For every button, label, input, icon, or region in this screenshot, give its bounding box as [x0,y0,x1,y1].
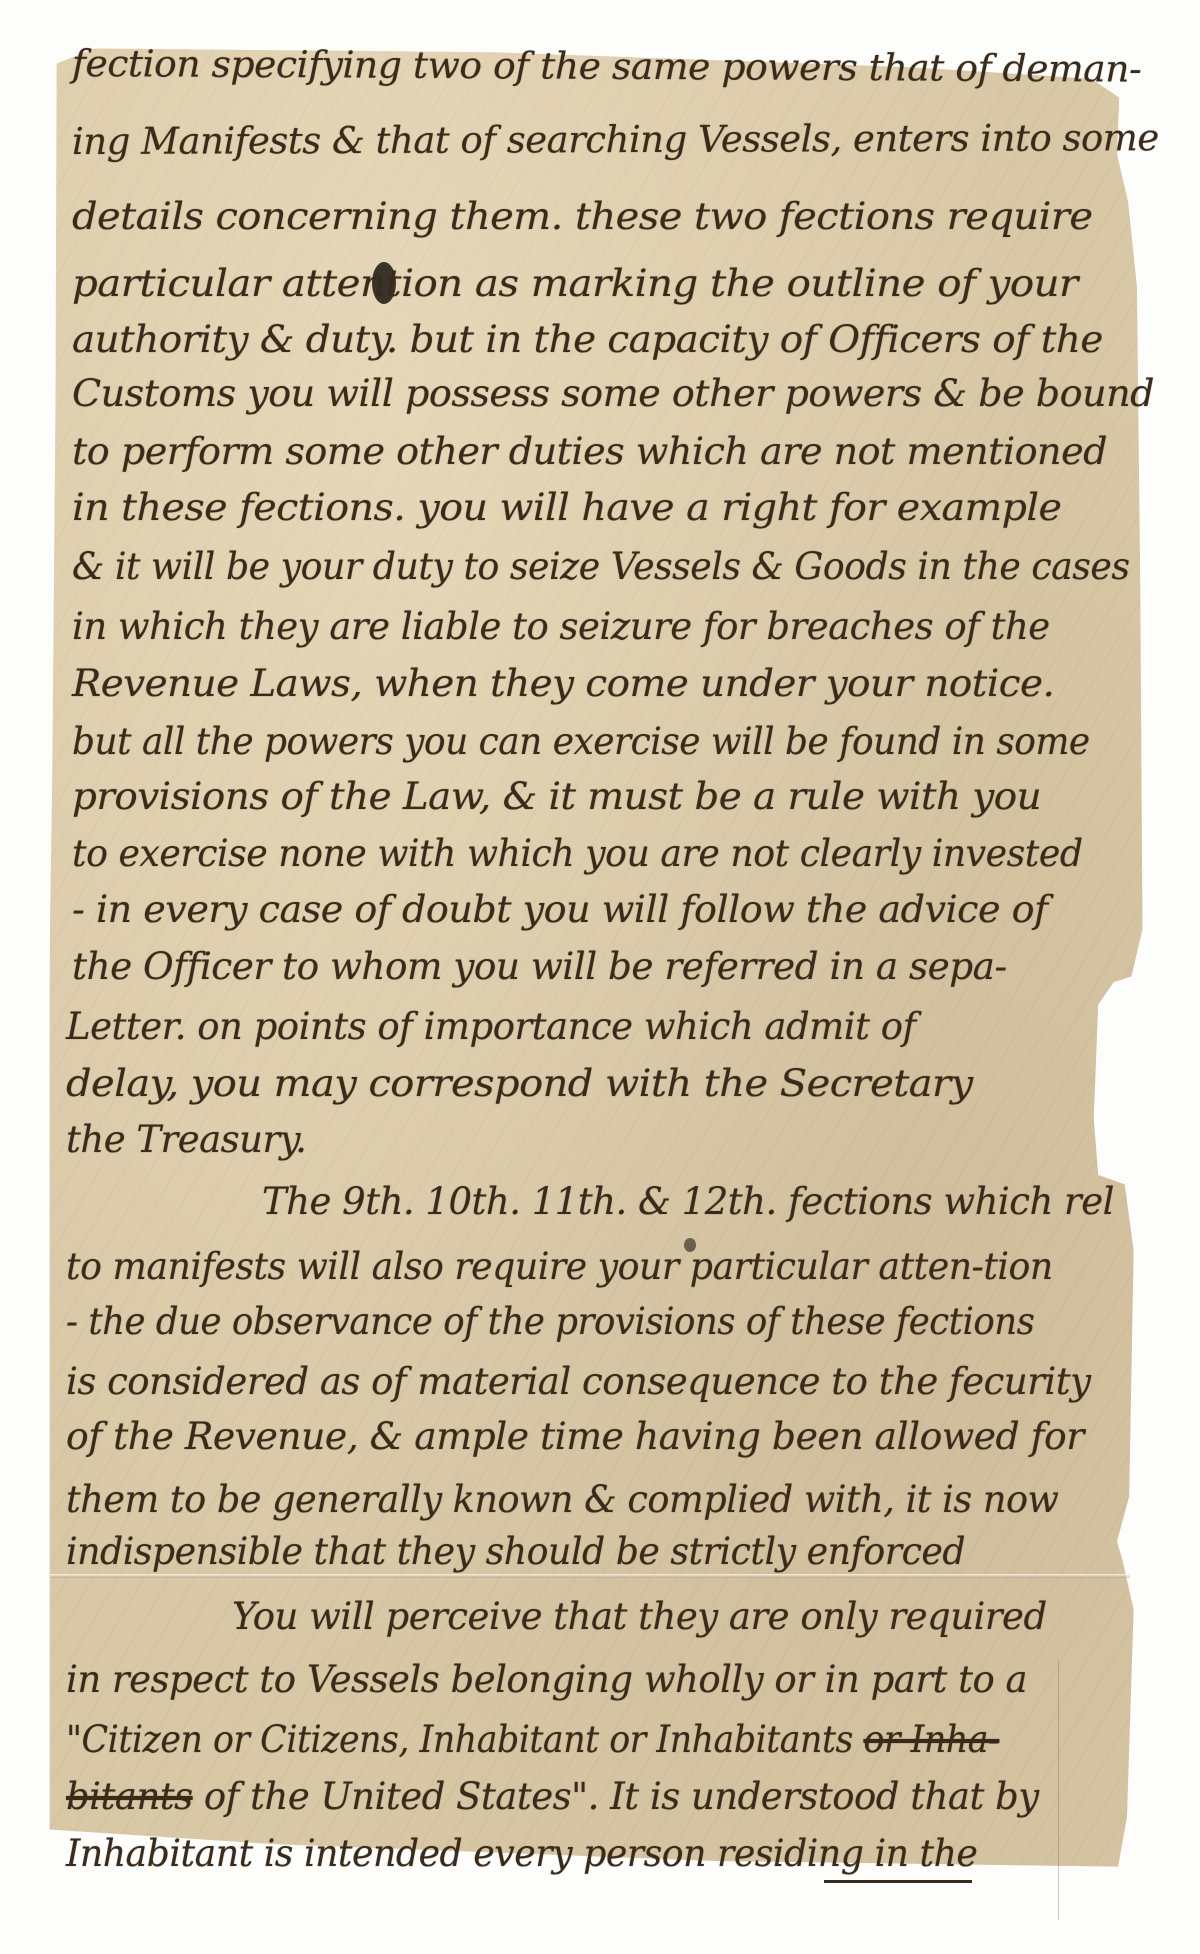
text-line: in respect to Vessels belonging wholly o… [66,1658,1027,1701]
text-line: indispensible that they should be strict… [66,1530,965,1573]
text-line: particular attention as marking the outl… [72,262,1078,305]
text-line: "Citizen or Citizens, Inhabitant or Inha… [66,1718,999,1761]
text-line: provisions of the Law, & it must be a ru… [72,775,1041,818]
text-line: details concerning them. these two fecti… [72,195,1092,238]
struck-out-text: bitants [66,1775,193,1818]
text-fragment: "Citizen or Citizens, Inhabitant or Inha… [66,1718,853,1761]
text-line: & it will be your duty to seize Vessels … [72,545,1129,588]
text-line: bitants of the United States". It is und… [66,1775,1039,1818]
text-line: the Officer to whom you will be referred… [72,945,1007,988]
text-line: - the due observance of the provisions o… [66,1300,1034,1343]
underline-residing [824,1880,972,1883]
paper-fold-crease [50,1574,1130,1578]
text-line: the Treasury. [66,1118,306,1161]
text-line: but all the powers you can exercise will… [72,720,1090,763]
text-line: Customs you will possess some other powe… [72,372,1154,415]
text-line: to manifests will also require your part… [66,1245,1053,1288]
text-fragment: of the United States". It is understood … [204,1775,1039,1818]
text-line: is considered as of material consequence… [66,1360,1091,1403]
struck-out-text: or Inha- [863,1718,999,1761]
margin-rule-line [1058,1660,1059,1920]
text-line: delay, you may correspond with the Secre… [66,1062,973,1105]
text-line: authority & duty. but in the capacity of… [72,318,1103,361]
text-line: You will perceive that they are only req… [232,1595,1047,1638]
text-line: Letter. on points of importance which ad… [66,1005,916,1048]
text-line: of the Revenue, & ample time having been… [66,1415,1084,1458]
text-line: to exercise none with which you are not … [72,832,1083,875]
text-line: in which they are liable to seizure for … [72,605,1050,648]
text-line: Revenue Laws, when they come under your … [72,662,1054,705]
text-line: - in every case of doubt you will follow… [72,888,1048,931]
text-line: fection specifying two of the same power… [72,42,1141,91]
text-line: ing Manifests & that of searching Vessel… [72,116,1159,163]
text-line: Inhabitant is intended every person resi… [66,1832,977,1875]
text-line: them to be generally known & complied wi… [66,1478,1058,1521]
text-line: to perform some other duties which are n… [72,430,1107,473]
text-line: The 9th. 10th. 11th. & 12th. fections wh… [262,1180,1114,1223]
text-line: in these fections. you will have a right… [72,486,1061,529]
